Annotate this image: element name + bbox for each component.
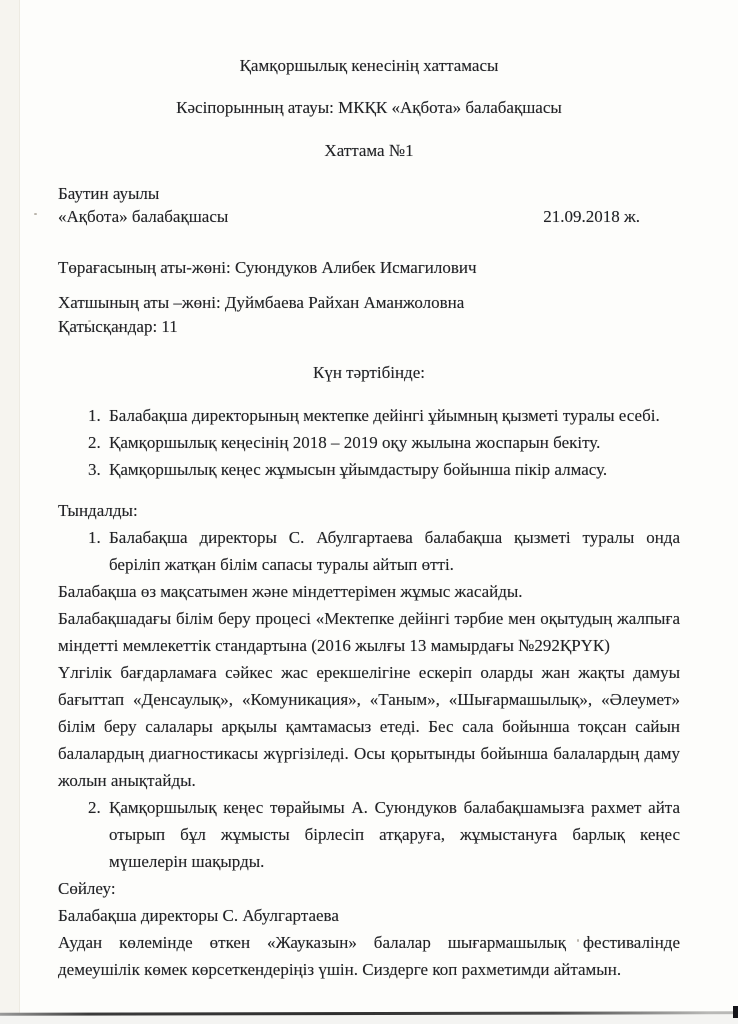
organization-line: Кәсіпорынның атауы: МКҚК «Ақбота» балаба…	[58, 94, 680, 121]
kindergarten-name: «Ақбота» балабақшасы	[58, 206, 228, 228]
body-paragraph: Балабақша өз мақсатымен және міндеттерім…	[58, 578, 680, 605]
secretary-line: Хатшының аты –жөні: Дуймбаева Райхан Ама…	[58, 291, 680, 315]
chairman-line: Төрағасының аты-жөні: Суюндуков Алибек И…	[58, 254, 680, 281]
document-page: Қамқоршылық кенесінің хаттамасы Кәсіпоры…	[0, 0, 738, 1010]
scan-bottom-strip	[0, 1015, 738, 1024]
speech-heading: Сөйлеу:	[58, 875, 680, 902]
body-paragraph: Үлгілік бағдарламаға сәйкес жас ерекшелі…	[58, 659, 680, 794]
agenda-list: Балабақша директорының мектепке дейінгі …	[58, 402, 680, 483]
scanned-document: Қамқоршылық кенесінің хаттамасы Кәсіпоры…	[0, 0, 738, 1024]
agenda-item: Қамқоршылық кеңесінің 2018 – 2019 оқу жы…	[105, 429, 680, 456]
heard-list-continued: Қамқоршылық кеңес төрайымы А. Суюндуков …	[58, 794, 680, 875]
agenda-heading: Күн тәртібінде:	[58, 359, 680, 386]
scan-speckle	[117, 327, 120, 329]
protocol-number: Хаттама №1	[58, 137, 680, 164]
heard-item: Қамқоршылық кеңес төрайымы А. Суюндуков …	[105, 794, 680, 875]
document-title: Қамқоршылық кенесінің хаттамасы	[58, 52, 680, 79]
body-paragraph: Балабақшадағы білім беру процесі «Мектеп…	[58, 605, 680, 659]
heard-heading: Тындалды:	[58, 497, 680, 524]
village-line: Баутин ауылы	[58, 183, 680, 205]
document-date: 21.09.2018 ж.	[543, 206, 640, 228]
heard-list: Балабақша директоры С. Абулгартаева бала…	[58, 524, 680, 578]
scan-speckle	[577, 939, 579, 942]
agenda-item: Қамқоршылық кеңес жұмысын ұйымдастыру бо…	[105, 456, 680, 483]
address-block: Баутин ауылы «Ақбота» балабақшасы 21.09.…	[58, 183, 680, 228]
kindergarten-date-row: «Ақбота» балабақшасы 21.09.2018 ж.	[58, 206, 680, 228]
scan-corner-mark	[733, 1006, 738, 1018]
scan-speckle	[88, 320, 91, 322]
heard-item: Балабақша директоры С. Абулгартаева бала…	[105, 524, 680, 578]
agenda-item: Балабақша директорының мектепке дейінгі …	[105, 402, 680, 429]
scan-speckle	[34, 213, 37, 215]
participants-line: Қатысқандар: 11	[58, 315, 680, 338]
speech-text: Аудан көлемінде өткен «Жауказын» балалар…	[58, 929, 680, 983]
speech-speaker: Балабақша директоры С. Абулгартаева	[58, 902, 680, 929]
